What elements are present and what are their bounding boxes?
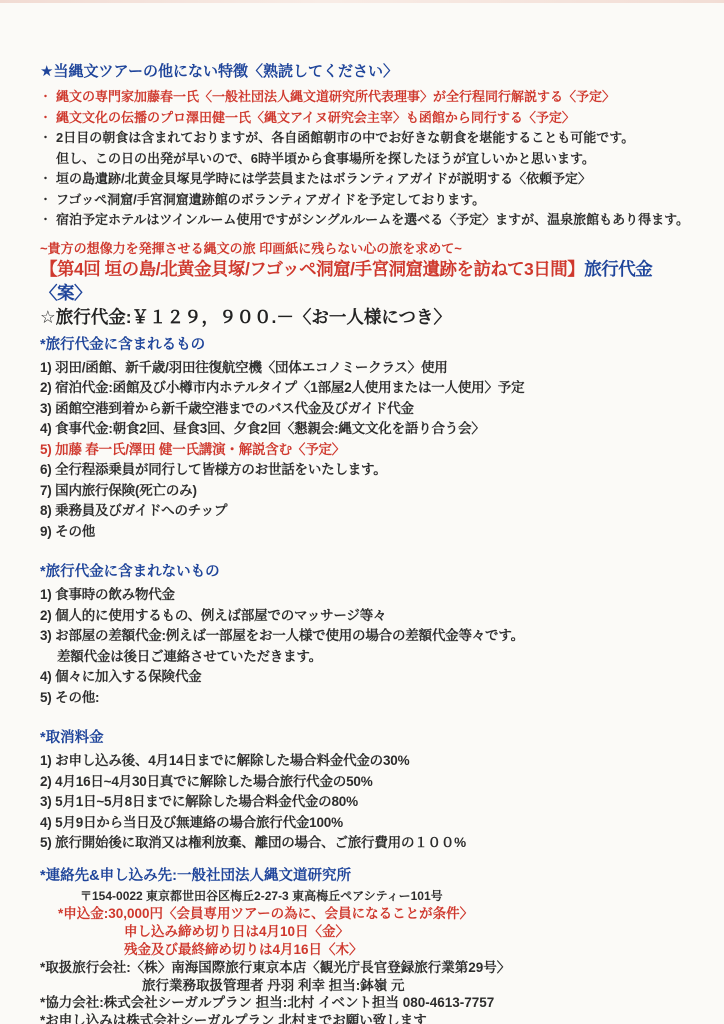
feature-item-continuation: 但し、この日の出発が早いので、6時半頃から食事場所を探したほうが宜しいかと思いま… xyxy=(40,149,690,170)
included-item: 3) 函館空港到着から新千歳空港までのバス代金及びガイド代金 xyxy=(40,399,690,420)
included-item: 7) 国内旅行保険(死亡のみ) xyxy=(40,481,690,502)
included-item: 4) 食事代金:朝食2回、昼食3回、夕食2回〈懇親会:縄文文化を語り合う会〉 xyxy=(40,419,690,440)
tour-title: 【第4回 垣の島/北黄金貝塚/フゴッペ洞窟/手宮洞窟遺跡を訪ねて3日間】旅行代金… xyxy=(40,257,690,305)
tour-tagline: ~貴方の想像力を発揮させる縄文の旅 印画紙に残らない心の旅を求めて~ xyxy=(40,240,690,257)
not-included-item: 1) 食事時の飲み物代金 xyxy=(40,585,690,606)
cancellation-item: 4) 5月9日から当日及び無連絡の場合旅行代金100% xyxy=(40,813,690,834)
included-item: 1) 羽田/函館、新千歳/羽田往復航空機〈団体エコノミークラス〉使用 xyxy=(40,358,690,379)
bullet-icon: ・ xyxy=(40,108,56,129)
application-deadline: 申し込み締め切り日は4月10日〈金〉 xyxy=(40,923,690,941)
tour-price: ☆旅行代金:￥１２９，９００.－〈お一人様につき〉 xyxy=(40,305,690,330)
final-deadline: 残金及び最終締め切りは4月16日〈木〉 xyxy=(40,941,690,959)
not-included-item: 4) 個々に加入する保険代金 xyxy=(40,667,690,688)
scan-edge-artifact xyxy=(0,0,724,3)
included-item: 8) 乗務員及びガイドへのチップ xyxy=(40,501,690,522)
not-included-heading: *旅行代金に含まれないもの xyxy=(40,562,690,582)
feature-item: ・ フゴッペ洞窟/手宮洞窟遺跡館のボランティアガイドを予定しております。 xyxy=(40,190,690,211)
not-included-item: 5) その他: xyxy=(40,688,690,709)
cancellation-section: *取消料金 1) お申し込み後、4月14日までに解除した場合料金代金の30% 2… xyxy=(40,728,690,854)
not-included-section: *旅行代金に含まれないもの 1) 食事時の飲み物代金 2) 個人的に使用するもの… xyxy=(40,562,690,708)
contact-heading: *連絡先&申し込み先:一般社団法人縄文道研究所 xyxy=(40,866,690,886)
not-included-item: 2) 個人的に使用するもの、例えば部屋でのマッサージ等々 xyxy=(40,606,690,627)
agency-manager-line: 旅行業務取扱管理者 丹羽 利幸 担当:鉢嶺 元 xyxy=(40,977,690,995)
agency-line: *取扱旅行会社:〈株〉南海国際旅行東京本店〈観光庁長官登録旅行業第29号〉 xyxy=(40,959,690,977)
included-item: 5) 加藤 春一氏/澤田 健一氏講演・解説含む〈予定〉 xyxy=(40,440,690,461)
partner-line: *協力会社:株式会社シーガルプラン 担当:北村 イベント担当 080-4613-… xyxy=(40,994,690,1012)
feature-text: 垣の島遺跡/北黄金貝塚見学時には学芸員またはボランティアガイドが説明する〈依頼予… xyxy=(56,169,591,190)
feature-item: ・ 縄文文化の伝播のプロ澤田健一氏〈縄文アイヌ研究会主宰〉も函館から同行する〈予… xyxy=(40,108,690,129)
deposit-line: *申込金:30,000円〈会員専用ツアーの為に、会員になることが条件〉 xyxy=(40,905,690,924)
feature-item: ・ 縄文の専門家加藤春一氏〈一般社団法人縄文道研究所代表理事〉が全行程同行解説す… xyxy=(40,87,690,108)
included-item: 6) 全行程添乗員が同行して皆様方のお世話をいたします。 xyxy=(40,460,690,481)
included-section: *旅行代金に含まれるもの 1) 羽田/函館、新千歳/羽田往復航空機〈団体エコノミ… xyxy=(40,335,690,543)
feature-text: 縄文の専門家加藤春一氏〈一般社団法人縄文道研究所代表理事〉が全行程同行解説する〈… xyxy=(56,87,615,108)
not-included-item: 3) お部屋の差額代金:例えば一部屋をお一人様で使用の場合の差額代金等々です。 xyxy=(40,626,690,647)
closing-line: *お申し込みは株式会社シーガルプラン 北村までお願い致します xyxy=(40,1012,690,1024)
not-included-item-continuation: 差額代金は後日ご連絡させていただきます。 xyxy=(40,647,690,668)
tour-title-section: ~貴方の想像力を発揮させる縄文の旅 印画紙に残らない心の旅を求めて~ 【第4回 … xyxy=(40,240,690,330)
cancellation-item: 1) お申し込み後、4月14日までに解除した場合料金代金の30% xyxy=(40,751,690,772)
document-page: ★当縄文ツアーの他にない特徴〈熟読してください〉 ・ 縄文の専門家加藤春一氏〈一… xyxy=(0,0,724,1024)
feature-text: 宿泊予定ホテルはツインルーム使用ですがシングルルームを選べる〈予定〉ますが、温泉… xyxy=(56,210,689,231)
tour-title-main: 【第4回 垣の島/北黄金貝塚/フゴッペ洞窟/手宮洞窟遺跡を訪ねて3日間】 xyxy=(40,259,584,279)
included-item: 2) 宿泊代金:函館及び小樽市内ホテルタイプ〈1部屋2人使用または一人使用〉予定 xyxy=(40,378,690,399)
bullet-icon: ・ xyxy=(40,210,56,231)
feature-text: 但し、この日の出発が早いので、6時半頃から食事場所を探したほうが宜しいかと思いま… xyxy=(56,149,595,170)
feature-item: ・ 宿泊予定ホテルはツインルーム使用ですがシングルルームを選べる〈予定〉ますが、… xyxy=(40,210,690,231)
feature-text: フゴッペ洞窟/手宮洞窟遺跡館のボランティアガイドを予定しております。 xyxy=(56,190,485,211)
included-item: 9) その他 xyxy=(40,522,690,543)
bullet-icon: ・ xyxy=(40,190,56,211)
contact-address: 〒154-0022 東京都世田谷区梅丘2-27-3 東高梅丘ペアシティー101号 xyxy=(40,888,690,905)
cancellation-heading: *取消料金 xyxy=(40,728,690,748)
bullet-icon: ・ xyxy=(40,128,56,149)
cancellation-item: 3) 5月1日~5月8日までに解除した場合料金代金の80% xyxy=(40,792,690,813)
bullet-icon: ・ xyxy=(40,87,56,108)
feature-text: 2日目の朝食は含まれておりますが、各自函館朝市の中でお好きな朝食を堪能することも… xyxy=(56,128,634,149)
contact-section: *連絡先&申し込み先:一般社団法人縄文道研究所 〒154-0022 東京都世田谷… xyxy=(40,866,690,1024)
feature-text: 縄文文化の伝播のプロ澤田健一氏〈縄文アイヌ研究会主宰〉も函館から同行する〈予定〉 xyxy=(56,108,575,129)
features-heading: ★当縄文ツアーの他にない特徴〈熟読してください〉 xyxy=(40,62,690,82)
cancellation-item: 5) 旅行開始後に取消又は権利放棄、離団の場合、ご旅行費用の１００% xyxy=(40,833,690,854)
feature-item: ・ 2日目の朝食は含まれておりますが、各自函館朝市の中でお好きな朝食を堪能するこ… xyxy=(40,128,690,149)
cancellation-item: 2) 4月16日~4月30日真でに解除した場合旅行代金の50% xyxy=(40,772,690,793)
included-heading: *旅行代金に含まれるもの xyxy=(40,335,690,355)
features-section: ★当縄文ツアーの他にない特徴〈熟読してください〉 ・ 縄文の専門家加藤春一氏〈一… xyxy=(40,62,690,231)
feature-item: ・ 垣の島遺跡/北黄金貝塚見学時には学芸員またはボランティアガイドが説明する〈依… xyxy=(40,169,690,190)
bullet-icon: ・ xyxy=(40,169,56,190)
